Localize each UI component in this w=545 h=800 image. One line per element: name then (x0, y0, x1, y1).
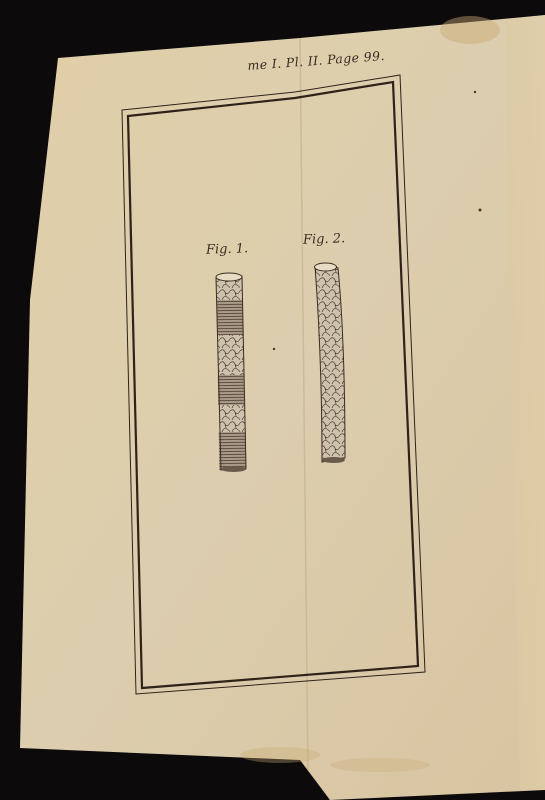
figure-2-label: Fig. 2. (303, 231, 346, 247)
water-stain (330, 758, 430, 772)
figure-1-label: Fig. 1. (206, 241, 249, 257)
photo-scene (0, 0, 545, 800)
paper-sheet (20, 15, 545, 800)
water-stain (440, 16, 500, 44)
water-stain (240, 747, 320, 763)
figure-1-tube (216, 273, 246, 472)
